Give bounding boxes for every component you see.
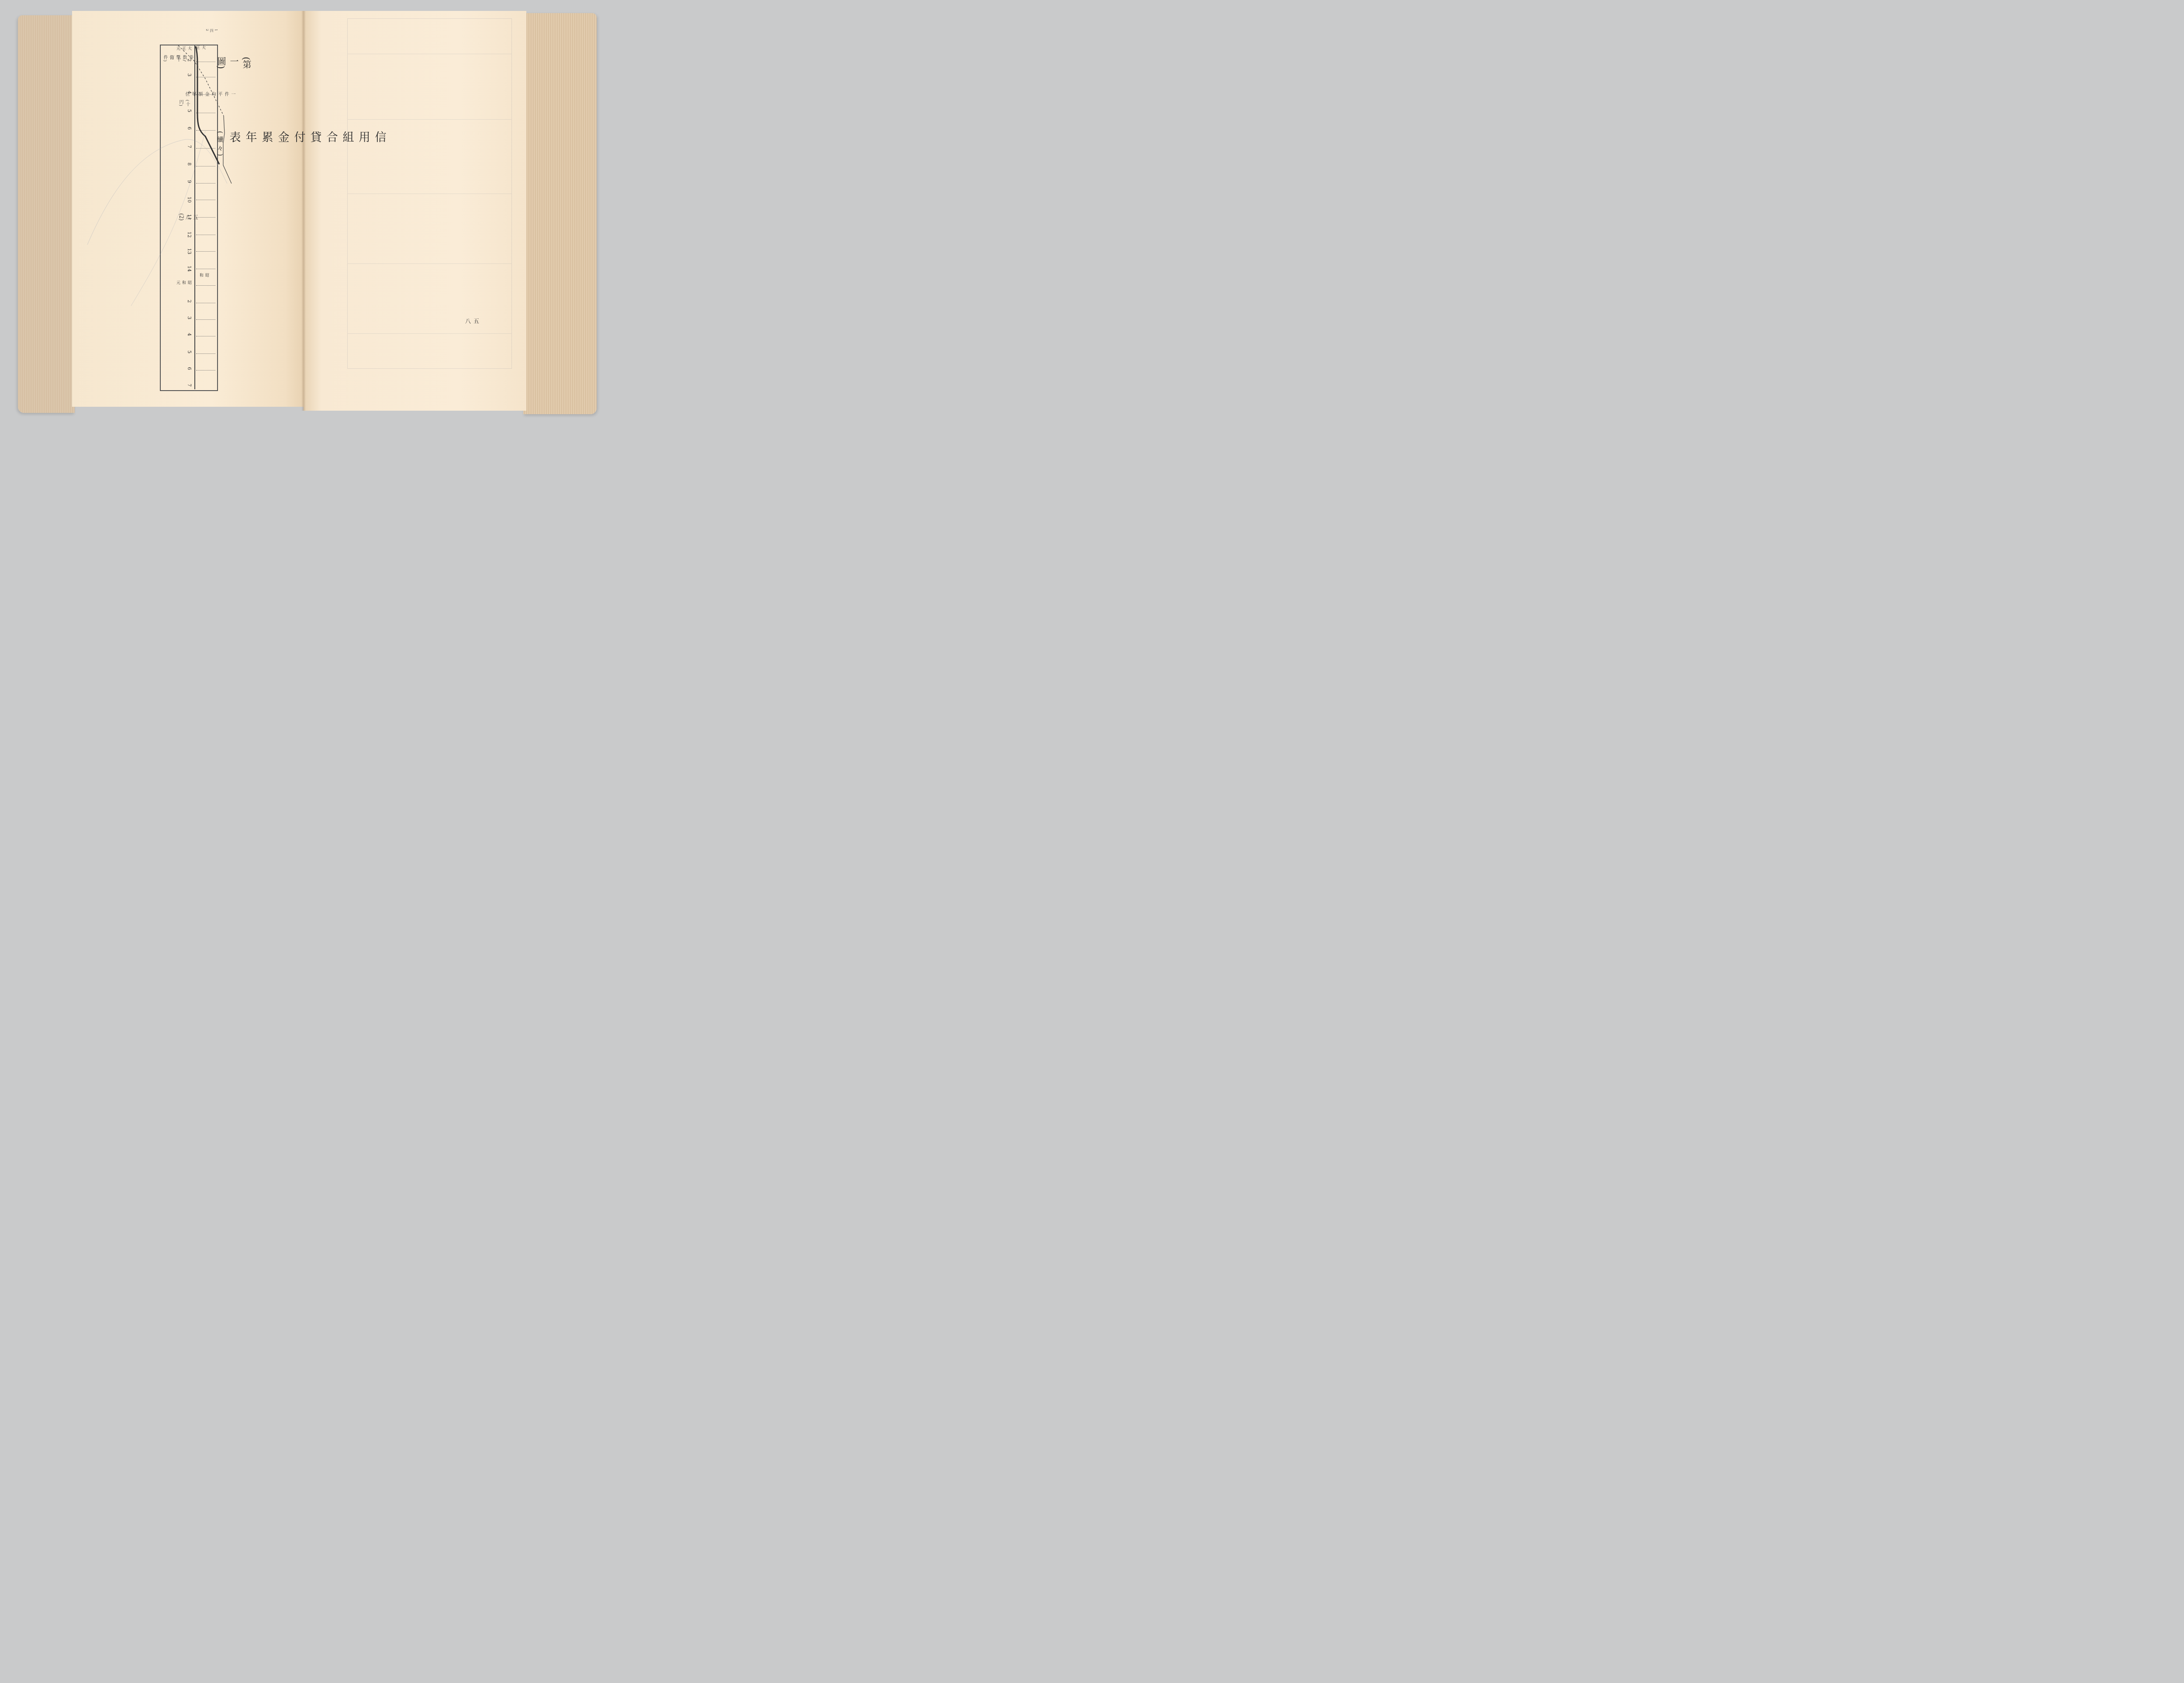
chart-title-suffix: (續々) (216, 131, 223, 159)
unit-label-amount-2: (十円) (177, 100, 190, 107)
left-page-number: 五八 (2) (178, 213, 199, 221)
unit-label-amount-1: 一件平均金額單位 (183, 92, 236, 97)
chart-title-text: 信用組合貸付金累年表 (228, 131, 386, 145)
left-page-number-text: 五八 (185, 215, 198, 220)
unit-label-count-2: (十万件) (162, 55, 181, 62)
figure-number: (第一圖) (215, 57, 253, 69)
chart-title: 信用組合貸付金累年表(續々) (213, 131, 388, 159)
left-page-number-sub: (2) (178, 213, 184, 221)
right-page-number: 五八 (463, 318, 480, 324)
pencil-curve (87, 139, 227, 245)
chart-lines (0, 0, 617, 421)
